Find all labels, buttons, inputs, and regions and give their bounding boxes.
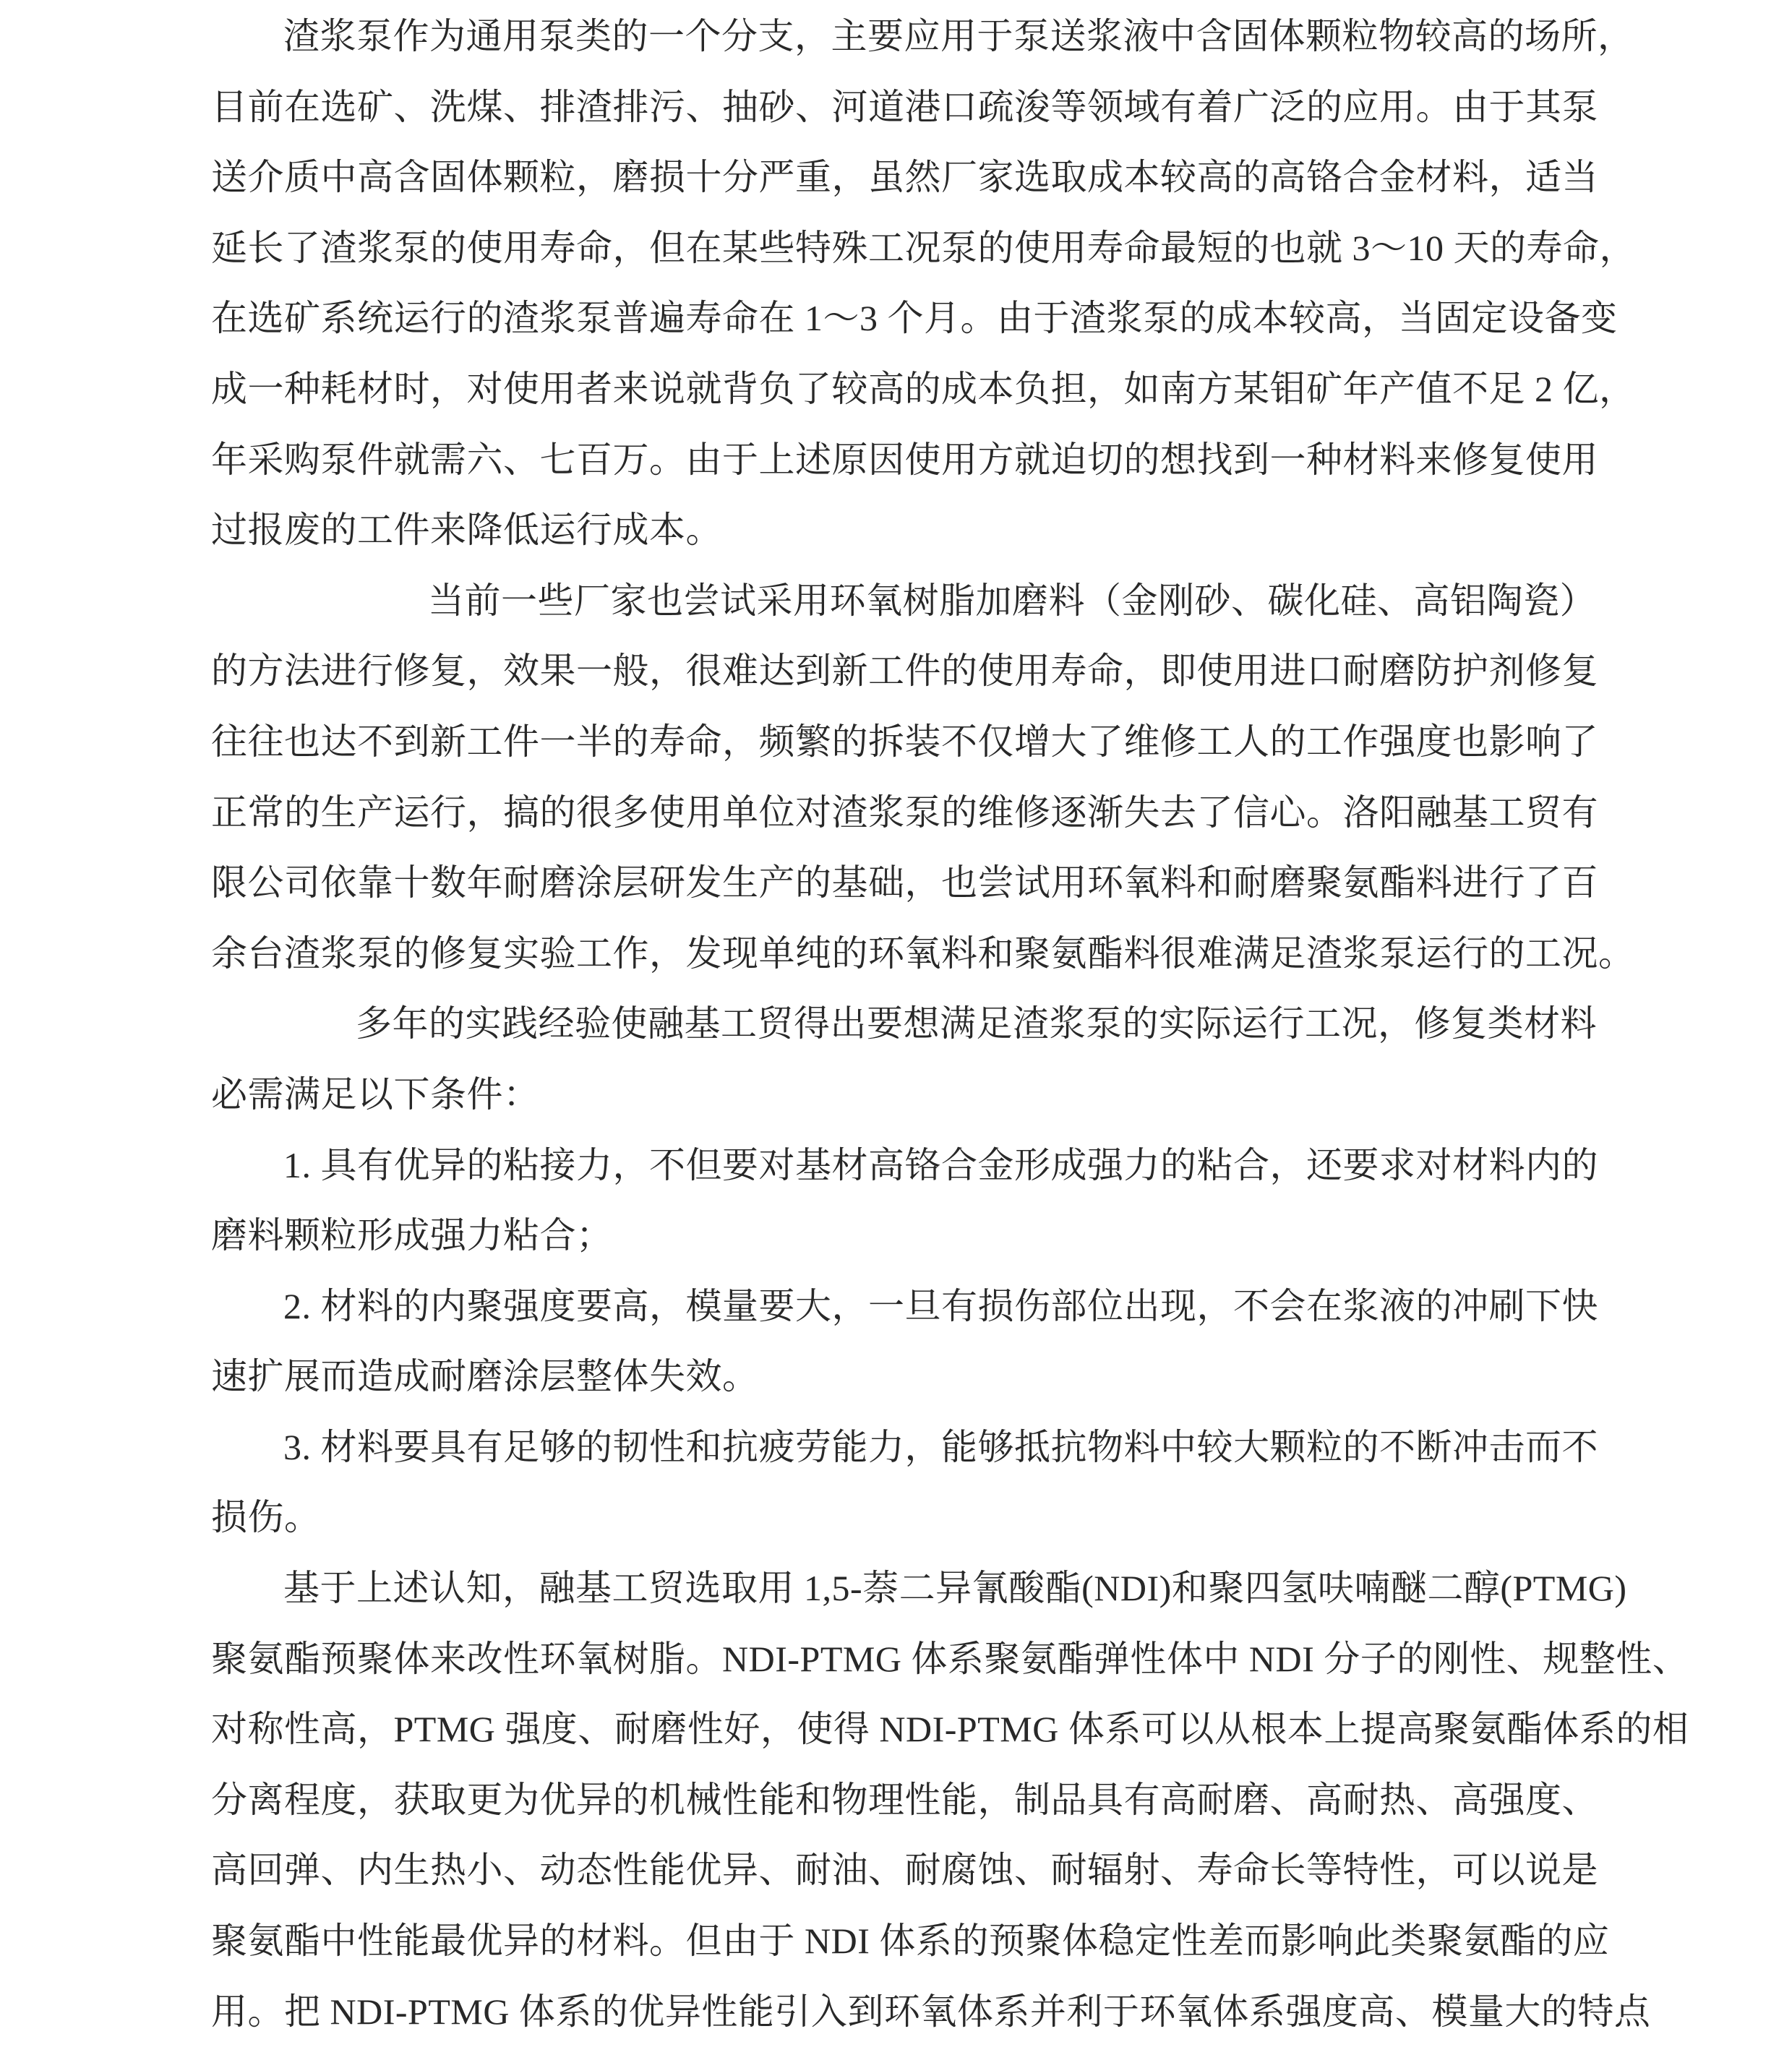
text-line: 的方法进行修复，效果一般，很难达到新工件的使用寿命，即使用进口耐磨防护剂修复 bbox=[211, 636, 1585, 707]
text-line: 磨料颗粒形成强力粘合； bbox=[211, 1201, 1585, 1271]
text-line: 目前在选矿、洗煤、排渣排污、抽砂、河道港口疏浚等领域有着广泛的应用。由于其泵 bbox=[211, 72, 1585, 143]
text-line: 余台渣浆泵的修复实验工作，发现单纯的环氧料和聚氨酯料很难满足渣浆泵运行的工况。 bbox=[211, 919, 1585, 990]
text-line: 对称性高，PTMG 强度、耐磨性好，使得 NDI-PTMG 体系可以从根本上提高… bbox=[211, 1694, 1585, 1765]
text-line: 分离程度，获取更为优异的机械性能和物理性能，制品具有高耐磨、高耐热、高强度、 bbox=[211, 1765, 1585, 1836]
document-page: 渣浆泵作为通用泵类的一个分支，主要应用于泵送浆液中含固体颗粒物较高的场所， 目前… bbox=[0, 0, 1792, 2047]
text-line: 限公司依靠十数年耐磨涂层研发生产的基础，也尝试用环氧料和耐磨聚氨酯料进行了百 bbox=[211, 848, 1585, 919]
text-line: 过报废的工件来降低运行成本。 bbox=[211, 495, 1585, 566]
text-line: 速扩展而造成耐磨涂层整体失效。 bbox=[211, 1342, 1585, 1412]
text-line: 年采购泵件就需六、七百万。由于上述原因使用方就迫切的想找到一种材料来修复使用 bbox=[211, 425, 1585, 496]
text-line: 用。把 NDI-PTMG 体系的优异性能引入到环氧体系并利于环氧体系强度高、模量… bbox=[211, 1977, 1585, 2047]
text-line: 成一种耗材时，对使用者来说就背负了较高的成本负担，如南方某钼矿年产值不足 2 亿… bbox=[211, 354, 1585, 425]
text-line: 聚氨酯预聚体来改性环氧树脂。NDI-PTMG 体系聚氨酯弹性体中 NDI 分子的… bbox=[211, 1624, 1585, 1695]
text-line: 渣浆泵作为通用泵类的一个分支，主要应用于泵送浆液中含固体颗粒物较高的场所， bbox=[211, 1, 1585, 72]
text-line: 正常的生产运行，搞的很多使用单位对渣浆泵的维修逐渐失去了信心。洛阳融基工贸有 bbox=[211, 778, 1585, 849]
text-line: 必需满足以下条件： bbox=[211, 1060, 1585, 1130]
text-line: 损伤。 bbox=[211, 1482, 1585, 1553]
text-line: 延长了渣浆泵的使用寿命，但在某些特殊工况泵的使用寿命最短的也就 3～10 天的寿… bbox=[211, 213, 1585, 284]
text-line: 1. 具有优异的粘接力，不但要对基材高铬合金形成强力的粘合，还要求对材料内的 bbox=[211, 1130, 1585, 1201]
text-line: 送介质中高含固体颗粒，磨损十分严重，虽然厂家选取成本较高的高铬合金材料，适当 bbox=[211, 142, 1585, 213]
text-line: 3. 材料要具有足够的韧性和抗疲劳能力，能够抵抗物料中较大颗粒的不断冲击而不 bbox=[211, 1412, 1585, 1483]
text-line: 聚氨酯中性能最优异的材料。但由于 NDI 体系的预聚体稳定性差而影响此类聚氨酯的… bbox=[211, 1906, 1585, 1977]
text-line: 高回弹、内生热小、动态性能优异、耐油、耐腐蚀、耐辐射、寿命长等特性，可以说是 bbox=[211, 1835, 1585, 1906]
text-line: 多年的实践经验使融基工贸得出要想满足渣浆泵的实际运行工况，修复类材料 bbox=[211, 989, 1585, 1060]
text-line: 往往也达不到新工件一半的寿命，频繁的拆装不仅增大了维修工人的工作强度也影响了 bbox=[211, 707, 1585, 778]
text-line: 当前一些厂家也尝试采用环氧树脂加磨料（金刚砂、碳化硅、高铝陶瓷） bbox=[211, 566, 1585, 637]
text-line: 2. 材料的内聚强度要高，模量要大，一旦有损伤部位出现，不会在浆液的冲刷下快 bbox=[211, 1271, 1585, 1342]
text-line: 在选矿系统运行的渣浆泵普遍寿命在 1～3 个月。由于渣浆泵的成本较高，当固定设备… bbox=[211, 283, 1585, 354]
text-line: 基于上述认知，融基工贸选取用 1,5-萘二异氰酸酯(NDI)和聚四氢呋喃醚二醇(… bbox=[211, 1553, 1585, 1624]
